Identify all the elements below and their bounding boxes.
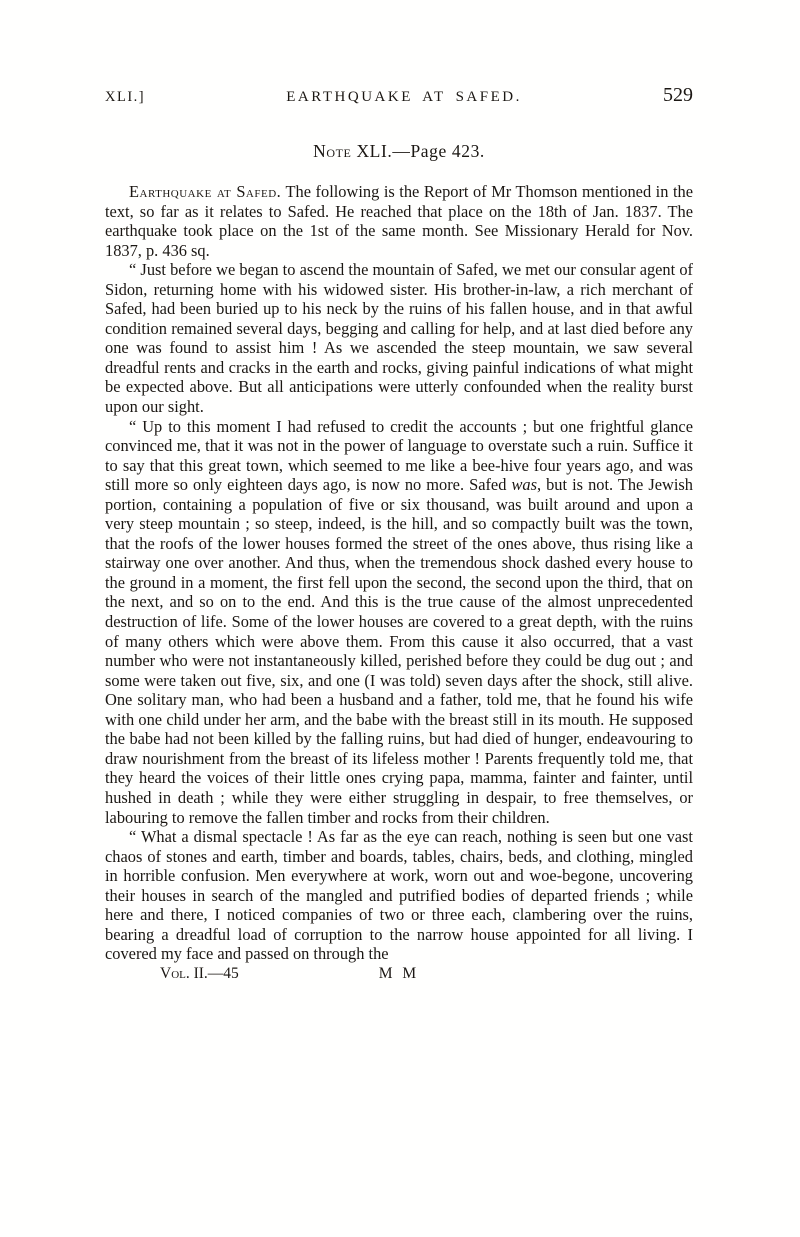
note-heading-lead: Note <box>313 141 351 161</box>
running-head-chapter: XLI.] <box>105 89 145 106</box>
paragraph: “ Up to this moment I had refused to cre… <box>105 417 693 827</box>
page-number: 529 <box>663 84 693 107</box>
paragraph-segment: “ What a dismal spectacle ! As far as th… <box>105 827 693 963</box>
paragraph-segment: was <box>511 475 537 494</box>
note-heading-rest: XLI.—Page 423. <box>351 141 484 161</box>
paragraph-segment: , but is not. The Jewish portion, contai… <box>105 475 693 826</box>
note-heading: Note XLI.—Page 423. <box>105 141 693 162</box>
running-head: XLI.] EARTHQUAKE AT SAFED. 529 <box>105 84 693 107</box>
printer-signature: M M <box>105 965 693 983</box>
book-page: XLI.] EARTHQUAKE AT SAFED. 529 Note XLI.… <box>0 0 800 1237</box>
paragraph-segment: Earthquake at Safed. <box>129 182 281 201</box>
body-text: Earthquake at Safed. The following is th… <box>105 182 693 964</box>
page-footer: Vol. II.—45 M M <box>105 965 693 985</box>
paragraph: “ Just before we began to ascend the mou… <box>105 260 693 416</box>
paragraph: Earthquake at Safed. The following is th… <box>105 182 693 260</box>
paragraph: “ What a dismal spectacle ! As far as th… <box>105 827 693 964</box>
paragraph-segment: “ Just before we began to ascend the mou… <box>105 260 693 416</box>
running-head-title: EARTHQUAKE AT SAFED. <box>145 89 663 106</box>
